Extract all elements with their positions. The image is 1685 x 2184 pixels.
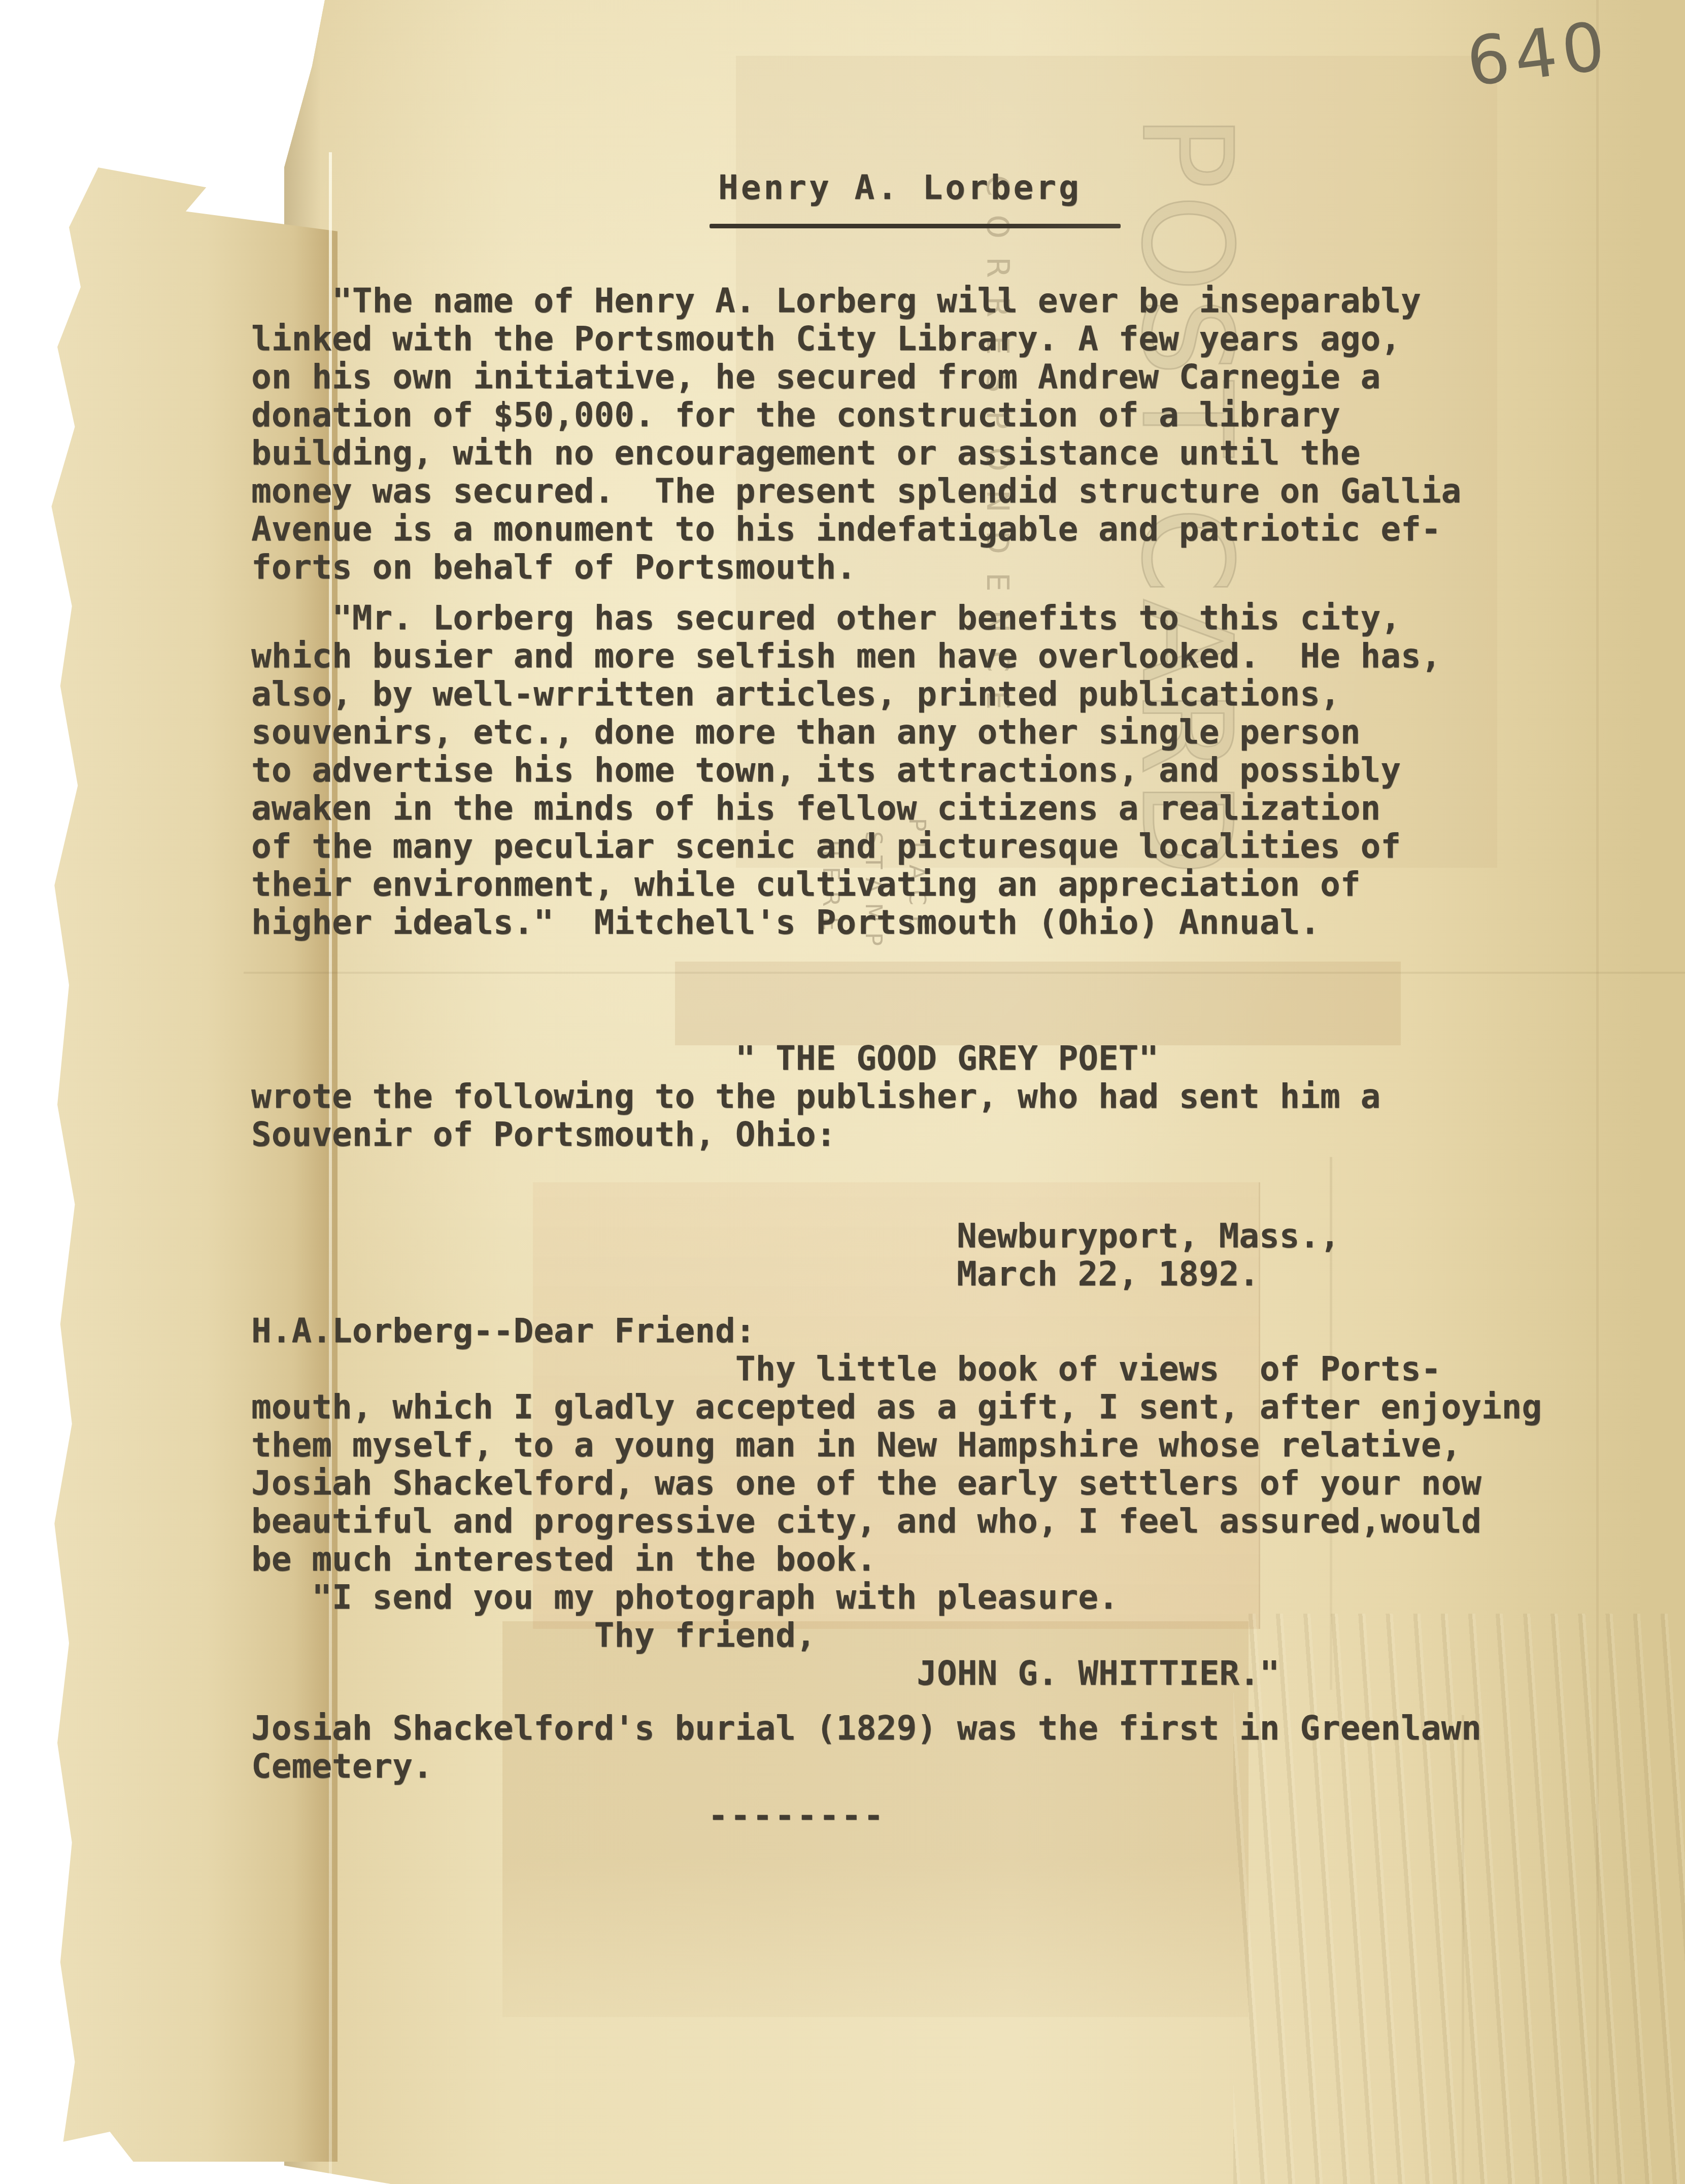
title-underline (710, 224, 1121, 228)
letter-dateline: Newburyport, Mass., March 22, 1892. (957, 1217, 1340, 1293)
page-title: Henry A. Lorberg (718, 168, 1082, 207)
scanned-scrapbook-page: POST CARD CORRESPONDENCE PLACE STAMP HER… (0, 0, 1685, 2184)
postcard-bleedthrough-band (675, 962, 1401, 1045)
burial-footnote: Josiah Shackelford's burial (1829) was t… (251, 1709, 1481, 1785)
horizontal-fold (244, 972, 1685, 974)
good-grey-poet-heading: " THE GOOD GREY POET" wrote the followin… (251, 1039, 1380, 1153)
tribute-paragraph-1: "The name of Henry A. Lorberg will ever … (251, 282, 1461, 586)
whittier-letter-body: H.A.Lorberg--Dear Friend: Thy little boo… (251, 1312, 1542, 1692)
tribute-paragraph-2: "Mr. Lorberg has secured other benefits … (251, 599, 1441, 941)
dash-divider: -------- (708, 1796, 886, 1834)
wrinkled-corner (1233, 1614, 1685, 2184)
